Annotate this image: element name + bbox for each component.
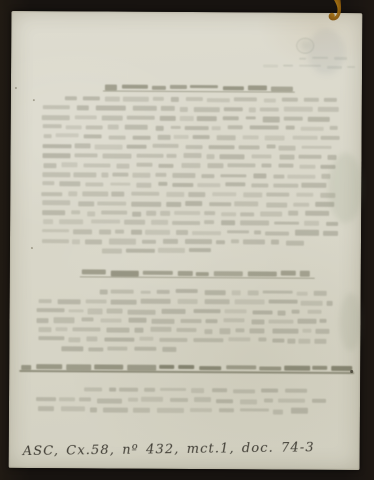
faded-word bbox=[180, 107, 188, 112]
faded-word bbox=[222, 116, 238, 120]
faded-word bbox=[85, 182, 104, 186]
faded-word bbox=[147, 210, 156, 215]
faded-word bbox=[99, 229, 111, 234]
faded-word bbox=[106, 328, 129, 333]
faded-word bbox=[233, 389, 255, 393]
faded-word bbox=[201, 174, 215, 179]
faded-word bbox=[206, 319, 218, 324]
faded-word bbox=[313, 365, 327, 369]
faded-word bbox=[38, 336, 64, 340]
faded-word bbox=[131, 230, 141, 235]
faded-word bbox=[234, 202, 259, 206]
faded-word bbox=[300, 165, 316, 169]
faded-word bbox=[184, 153, 202, 157]
faded-word bbox=[273, 174, 284, 179]
faded-word bbox=[246, 116, 256, 120]
faded-word bbox=[160, 387, 186, 391]
faded-word bbox=[73, 327, 101, 331]
faded-word bbox=[207, 163, 223, 168]
faded-word bbox=[151, 319, 175, 324]
faded-word bbox=[261, 388, 278, 393]
faded-word bbox=[298, 154, 322, 158]
faded-word bbox=[61, 346, 83, 351]
typewritten-line bbox=[42, 115, 340, 123]
faded-word bbox=[141, 299, 171, 304]
faded-word bbox=[163, 347, 177, 352]
typewritten-line bbox=[38, 407, 315, 415]
faded-word bbox=[253, 173, 266, 178]
faded-word bbox=[227, 230, 249, 234]
faded-word bbox=[115, 229, 125, 234]
faded-word bbox=[170, 398, 188, 402]
faded-word bbox=[207, 98, 230, 103]
faded-word bbox=[288, 211, 298, 215]
margin-smudge bbox=[339, 293, 361, 351]
faded-word bbox=[43, 105, 70, 110]
faded-word bbox=[292, 309, 300, 313]
typewritten-line bbox=[42, 182, 337, 190]
faded-word bbox=[258, 338, 267, 342]
margin-smudge bbox=[328, 153, 362, 223]
faded-word bbox=[62, 162, 78, 167]
faded-word bbox=[84, 387, 102, 391]
typewritten-line bbox=[43, 106, 339, 114]
faded-word bbox=[295, 230, 319, 235]
faded-word bbox=[68, 191, 77, 196]
faded-word bbox=[225, 183, 245, 187]
faded-word bbox=[109, 388, 116, 392]
faded-word bbox=[69, 309, 84, 313]
faded-word bbox=[97, 398, 122, 403]
faded-word bbox=[127, 145, 147, 149]
faded-word bbox=[288, 339, 295, 344]
faded-word bbox=[315, 329, 329, 333]
faded-word bbox=[301, 183, 326, 188]
faded-word bbox=[79, 397, 91, 401]
faded-word bbox=[166, 202, 182, 207]
faded-word bbox=[173, 173, 196, 178]
faded-word bbox=[134, 347, 156, 351]
faded-word bbox=[204, 220, 215, 224]
faded-word bbox=[44, 134, 52, 138]
faded-word bbox=[155, 173, 166, 177]
typewritten-line bbox=[42, 239, 304, 247]
typewritten-line bbox=[41, 191, 337, 199]
faded-word bbox=[96, 106, 126, 111]
faded-word bbox=[326, 222, 338, 226]
typewritten-line bbox=[84, 387, 312, 395]
faded-word bbox=[86, 299, 107, 303]
archival-reference-annotation: ASC, Cx.58, nº 432, mct.1, doc. 74-3 bbox=[23, 440, 343, 459]
faded-word bbox=[110, 182, 130, 186]
faded-word bbox=[192, 135, 209, 139]
faded-word bbox=[240, 221, 270, 225]
faded-word bbox=[218, 408, 234, 412]
faded-word bbox=[223, 318, 245, 323]
faded-word bbox=[260, 107, 279, 112]
faded-word bbox=[223, 107, 243, 112]
faded-word bbox=[133, 106, 157, 111]
faded-word bbox=[264, 98, 276, 102]
faded-word bbox=[318, 107, 339, 112]
faded-word bbox=[113, 172, 129, 176]
faded-word bbox=[142, 239, 156, 244]
faded-word bbox=[286, 241, 304, 246]
margin-smudge bbox=[307, 29, 345, 75]
faded-word bbox=[288, 174, 316, 179]
faded-word bbox=[239, 408, 269, 412]
faded-word bbox=[86, 337, 97, 342]
faded-word bbox=[194, 338, 224, 343]
faded-word bbox=[291, 408, 308, 413]
faded-word bbox=[297, 291, 308, 296]
faded-word bbox=[314, 291, 327, 296]
faded-word bbox=[277, 310, 286, 315]
faded-word bbox=[178, 299, 198, 304]
faded-word bbox=[75, 143, 91, 148]
faded-word bbox=[299, 271, 310, 276]
faded-word bbox=[110, 271, 138, 277]
faded-word bbox=[172, 183, 193, 188]
faded-word bbox=[298, 339, 310, 344]
faded-word bbox=[43, 144, 72, 148]
faded-word bbox=[109, 239, 136, 244]
faded-word bbox=[248, 107, 256, 112]
typewritten-line bbox=[36, 397, 330, 405]
faded-word bbox=[324, 98, 337, 102]
faded-word bbox=[205, 291, 226, 296]
faded-word bbox=[61, 407, 86, 412]
faded-word bbox=[196, 272, 209, 276]
faded-word bbox=[180, 116, 194, 121]
faded-word bbox=[100, 290, 108, 295]
faded-word bbox=[126, 116, 155, 120]
document-page: ASC, Cx.58, nº 432, mct.1, doc. 74-3 bbox=[9, 11, 363, 470]
faded-word bbox=[238, 145, 260, 149]
faded-word bbox=[263, 64, 278, 67]
faded-word bbox=[263, 117, 281, 122]
faded-word bbox=[55, 327, 67, 331]
faded-word bbox=[299, 57, 306, 59]
faded-word bbox=[89, 408, 97, 413]
faded-word bbox=[104, 97, 119, 101]
paper-marks-layer bbox=[11, 11, 362, 13]
faded-word bbox=[302, 329, 311, 333]
faded-word bbox=[226, 365, 256, 370]
faded-word bbox=[87, 309, 102, 314]
faded-word bbox=[285, 389, 307, 393]
faded-word bbox=[220, 174, 246, 178]
faded-word bbox=[141, 397, 163, 402]
faded-word bbox=[267, 192, 290, 197]
faded-word bbox=[107, 309, 123, 314]
faded-word bbox=[105, 85, 117, 90]
faded-word bbox=[240, 212, 255, 216]
faded-word bbox=[134, 328, 143, 333]
faded-word bbox=[279, 154, 295, 159]
faded-word bbox=[248, 291, 259, 296]
faded-word bbox=[193, 309, 220, 314]
faded-word bbox=[282, 97, 298, 102]
typewritten-line bbox=[42, 210, 334, 218]
faded-word bbox=[199, 366, 221, 370]
faded-word bbox=[181, 319, 202, 324]
faded-word bbox=[152, 97, 163, 101]
faded-word bbox=[136, 182, 152, 187]
typewritten-line bbox=[38, 337, 326, 345]
faded-word bbox=[190, 408, 212, 413]
typewritten-line bbox=[44, 134, 340, 142]
faded-word bbox=[95, 144, 123, 149]
faded-word bbox=[128, 397, 138, 401]
faded-word bbox=[133, 408, 150, 413]
faded-word bbox=[326, 301, 332, 306]
faded-word bbox=[228, 125, 243, 129]
faded-word bbox=[194, 107, 220, 112]
faded-word bbox=[111, 299, 137, 304]
faded-word bbox=[82, 270, 106, 275]
faded-word bbox=[184, 126, 208, 130]
faded-word bbox=[231, 239, 239, 243]
faded-word bbox=[105, 337, 134, 342]
faded-word bbox=[59, 181, 81, 186]
faded-word bbox=[268, 319, 293, 324]
faded-word bbox=[214, 271, 243, 276]
faded-word bbox=[155, 126, 163, 131]
typewritten-line bbox=[102, 248, 215, 255]
faded-word bbox=[184, 239, 212, 243]
faded-word bbox=[59, 219, 83, 224]
faded-word bbox=[216, 240, 225, 244]
typewritten-line bbox=[61, 346, 183, 353]
faded-word bbox=[124, 220, 145, 225]
faded-word bbox=[140, 337, 154, 341]
faded-word bbox=[83, 96, 100, 100]
faded-word bbox=[42, 239, 69, 244]
faded-word bbox=[171, 97, 179, 101]
faded-word bbox=[220, 329, 231, 334]
faded-word bbox=[94, 364, 123, 370]
faded-word bbox=[227, 163, 256, 167]
faded-word bbox=[212, 192, 235, 196]
faded-word bbox=[321, 136, 340, 140]
faded-word bbox=[37, 308, 65, 312]
faded-word bbox=[122, 84, 148, 89]
faded-word bbox=[39, 299, 52, 303]
paper-speck bbox=[33, 99, 35, 101]
faded-word bbox=[145, 230, 170, 235]
faded-word bbox=[270, 86, 293, 91]
faded-word bbox=[119, 387, 139, 392]
faded-word bbox=[243, 135, 259, 139]
faded-word bbox=[152, 85, 166, 89]
faded-word bbox=[160, 116, 176, 121]
typewritten-text-layer bbox=[11, 11, 362, 13]
faded-word bbox=[175, 289, 197, 293]
faded-word bbox=[192, 231, 220, 235]
faded-word bbox=[259, 366, 281, 370]
faded-word bbox=[293, 202, 309, 207]
faded-word bbox=[65, 96, 77, 100]
faded-word bbox=[285, 126, 295, 130]
faded-word bbox=[204, 211, 214, 215]
faded-word bbox=[189, 248, 211, 252]
faded-word bbox=[220, 155, 245, 160]
paper-speck bbox=[350, 370, 353, 373]
faded-word bbox=[272, 338, 284, 343]
faded-word bbox=[97, 201, 126, 206]
faded-word bbox=[42, 173, 70, 177]
rust-stain bbox=[326, 0, 346, 25]
faded-word bbox=[103, 154, 132, 159]
faded-word bbox=[42, 201, 70, 206]
faded-word bbox=[188, 192, 205, 197]
faded-word bbox=[82, 192, 108, 197]
faded-word bbox=[43, 163, 56, 168]
faded-word bbox=[89, 347, 103, 351]
faded-word bbox=[170, 125, 180, 129]
typewritten-line bbox=[42, 201, 339, 209]
paper-speck bbox=[31, 247, 33, 249]
faded-word bbox=[185, 145, 202, 150]
faded-word bbox=[128, 309, 156, 314]
typewritten-line bbox=[43, 163, 339, 171]
faded-word bbox=[38, 327, 51, 332]
faded-word bbox=[260, 211, 283, 216]
faded-word bbox=[176, 328, 197, 332]
faded-word bbox=[158, 182, 168, 186]
faded-word bbox=[129, 318, 146, 323]
heading-underline bbox=[80, 277, 315, 280]
faded-word bbox=[232, 291, 241, 296]
typewritten-line bbox=[39, 299, 333, 307]
typewritten-line bbox=[36, 318, 326, 326]
faded-word bbox=[190, 85, 218, 89]
faded-word bbox=[185, 201, 202, 206]
faded-word bbox=[240, 399, 257, 404]
faded-word bbox=[127, 365, 156, 371]
faded-word bbox=[84, 163, 110, 168]
faded-word bbox=[314, 339, 326, 344]
faded-word bbox=[249, 125, 279, 130]
faded-word bbox=[69, 337, 81, 342]
faded-word bbox=[266, 144, 275, 148]
faded-word bbox=[284, 117, 303, 121]
faded-word bbox=[284, 107, 313, 112]
faded-word bbox=[248, 271, 277, 277]
faded-word bbox=[176, 230, 188, 235]
typewritten-line bbox=[37, 308, 329, 316]
faded-word bbox=[136, 163, 153, 167]
faded-word bbox=[305, 211, 329, 216]
faded-word bbox=[157, 408, 185, 413]
faded-word bbox=[308, 117, 330, 122]
faded-word bbox=[274, 221, 299, 225]
faded-word bbox=[186, 96, 203, 100]
faded-word bbox=[274, 183, 299, 187]
faded-word bbox=[43, 124, 62, 128]
faded-word bbox=[91, 220, 120, 224]
faded-word bbox=[209, 202, 231, 206]
typewritten-line bbox=[42, 229, 338, 237]
faded-word bbox=[312, 399, 326, 403]
faded-word bbox=[235, 300, 265, 305]
faded-word bbox=[109, 135, 125, 140]
faded-word bbox=[296, 193, 314, 198]
faded-word bbox=[75, 115, 97, 119]
faded-word bbox=[111, 289, 134, 293]
faded-word bbox=[163, 239, 178, 244]
faded-word bbox=[36, 397, 56, 402]
heading-underline bbox=[103, 91, 295, 93]
faded-word bbox=[159, 338, 187, 343]
faded-word bbox=[42, 210, 65, 215]
faded-word bbox=[304, 98, 319, 102]
faded-word bbox=[297, 319, 316, 324]
faded-word bbox=[73, 172, 96, 177]
faded-word bbox=[78, 201, 94, 206]
faded-word bbox=[101, 172, 109, 177]
faded-word bbox=[266, 203, 288, 208]
faded-word bbox=[161, 106, 175, 111]
scanned-document: ASC, Cx.58, nº 432, mct.1, doc. 74-3 bbox=[0, 0, 374, 480]
faded-word bbox=[152, 144, 178, 148]
faded-word bbox=[249, 329, 265, 334]
faded-word bbox=[42, 181, 54, 185]
faded-word bbox=[167, 153, 177, 158]
faded-word bbox=[331, 366, 352, 371]
faded-word bbox=[83, 134, 102, 139]
faded-word bbox=[107, 346, 127, 351]
faded-word bbox=[170, 84, 187, 89]
faded-word bbox=[157, 135, 170, 140]
faded-word bbox=[347, 66, 355, 69]
faded-word bbox=[204, 329, 213, 334]
faded-word bbox=[81, 318, 93, 322]
faded-word bbox=[319, 319, 326, 323]
faded-word bbox=[307, 309, 322, 314]
faded-word bbox=[269, 299, 297, 303]
typewritten-line bbox=[43, 125, 338, 133]
faded-word bbox=[133, 135, 151, 140]
faded-word bbox=[278, 145, 296, 150]
faded-word bbox=[159, 364, 174, 369]
faded-word bbox=[254, 230, 261, 234]
faded-word bbox=[151, 220, 168, 225]
faded-word bbox=[42, 229, 69, 233]
faded-word bbox=[158, 163, 174, 168]
faded-word bbox=[102, 116, 122, 121]
faded-word bbox=[229, 337, 251, 341]
faded-word bbox=[178, 271, 193, 276]
faded-word bbox=[71, 210, 80, 214]
faded-word bbox=[304, 221, 319, 226]
faded-word bbox=[42, 115, 70, 120]
faded-word bbox=[87, 211, 95, 216]
faded-word bbox=[263, 290, 293, 294]
typewritten-line bbox=[43, 220, 338, 228]
faded-word bbox=[301, 301, 323, 306]
faded-word bbox=[300, 127, 323, 131]
faded-word bbox=[103, 407, 128, 412]
faded-word bbox=[66, 125, 81, 129]
faded-word bbox=[57, 299, 80, 304]
faded-word bbox=[85, 239, 102, 244]
typewritten-line bbox=[65, 96, 337, 104]
faded-word bbox=[323, 231, 338, 235]
faded-word bbox=[191, 388, 204, 393]
faded-word bbox=[77, 106, 89, 111]
